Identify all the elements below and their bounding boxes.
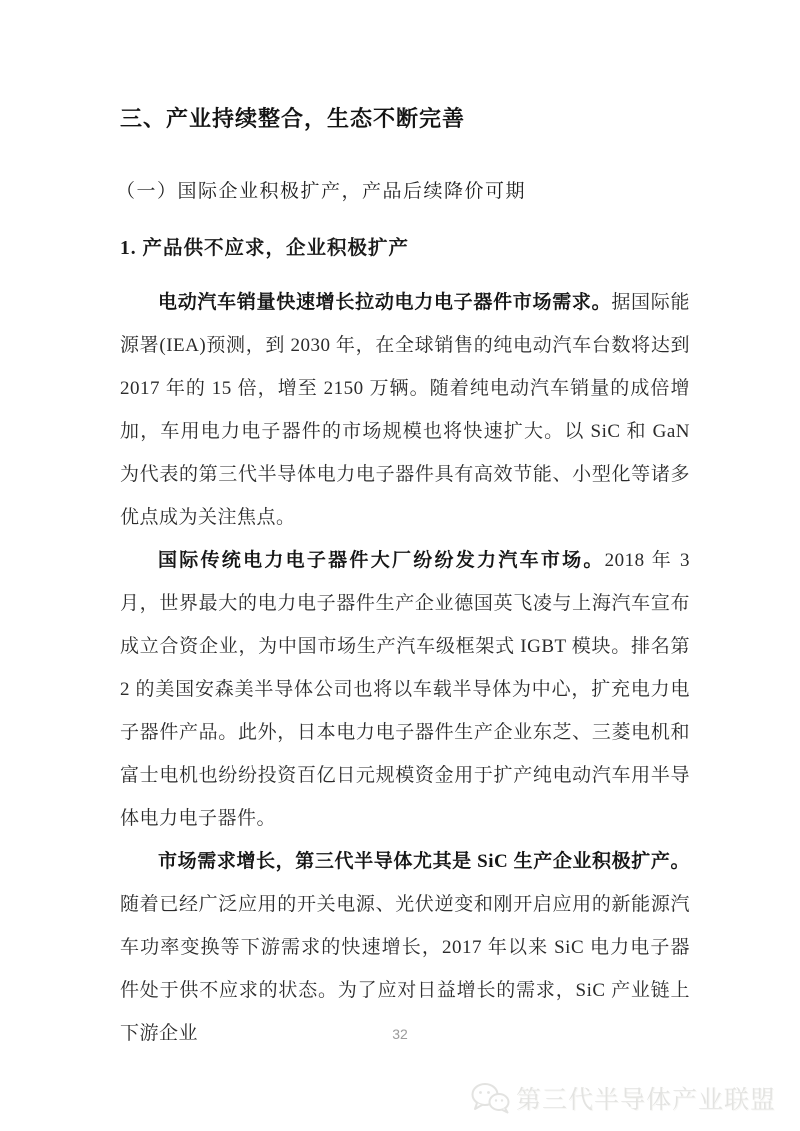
paragraph-2-body: 2018 年 3 月，世界最大的电力电子器件生产企业德国英飞凌与上海汽车宣布成立… [120, 550, 690, 829]
page-number: 32 [0, 1026, 800, 1042]
section-heading: 三、产业持续整合，生态不断完善 [120, 104, 690, 134]
paragraph-2-lead: 国际传统电力电子器件大厂纷纷发力汽车市场。 [158, 550, 605, 571]
paragraph-3-body: 随着已经广泛应用的开关电源、光伏逆变和刚开启应用的新能源汽车功率变换等下游需求的… [120, 894, 690, 1044]
paragraph-1-body: 据国际能源署(IEA)预测，到 2030 年，在全球销售的纯电动汽车台数将达到 … [120, 292, 690, 528]
subsection-heading: （一）国际企业积极扩产，产品后续降价可期 [116, 178, 690, 206]
paragraph-3: 市场需求增长，第三代半导体尤其是 SiC 生产企业积极扩产。随着已经广泛应用的开… [120, 840, 690, 1055]
watermark-text: 第三代半导体产业联盟 [516, 1080, 776, 1116]
numbered-heading: 1. 产品供不应求，企业积极扩产 [120, 235, 690, 263]
footer-watermark: 第三代半导体产业联盟 [470, 1080, 776, 1116]
document-content: 三、产业持续整合，生态不断完善 （一）国际企业积极扩产，产品后续降价可期 1. … [120, 0, 690, 1055]
paragraph-1-lead: 电动汽车销量快速增长拉动电力电子器件市场需求。 [158, 292, 611, 313]
wechat-logo-icon [470, 1082, 510, 1114]
paragraph-1: 电动汽车销量快速增长拉动电力电子器件市场需求。据国际能源署(IEA)预测，到 2… [120, 281, 690, 539]
document-page: 三、产业持续整合，生态不断完善 （一）国际企业积极扩产，产品后续降价可期 1. … [0, 0, 800, 1131]
paragraph-2: 国际传统电力电子器件大厂纷纷发力汽车市场。2018 年 3 月，世界最大的电力电… [120, 539, 690, 840]
body-text: 电动汽车销量快速增长拉动电力电子器件市场需求。据国际能源署(IEA)预测，到 2… [120, 281, 690, 1055]
paragraph-3-lead: 市场需求增长，第三代半导体尤其是 SiC 生产企业积极扩产。 [158, 851, 690, 872]
